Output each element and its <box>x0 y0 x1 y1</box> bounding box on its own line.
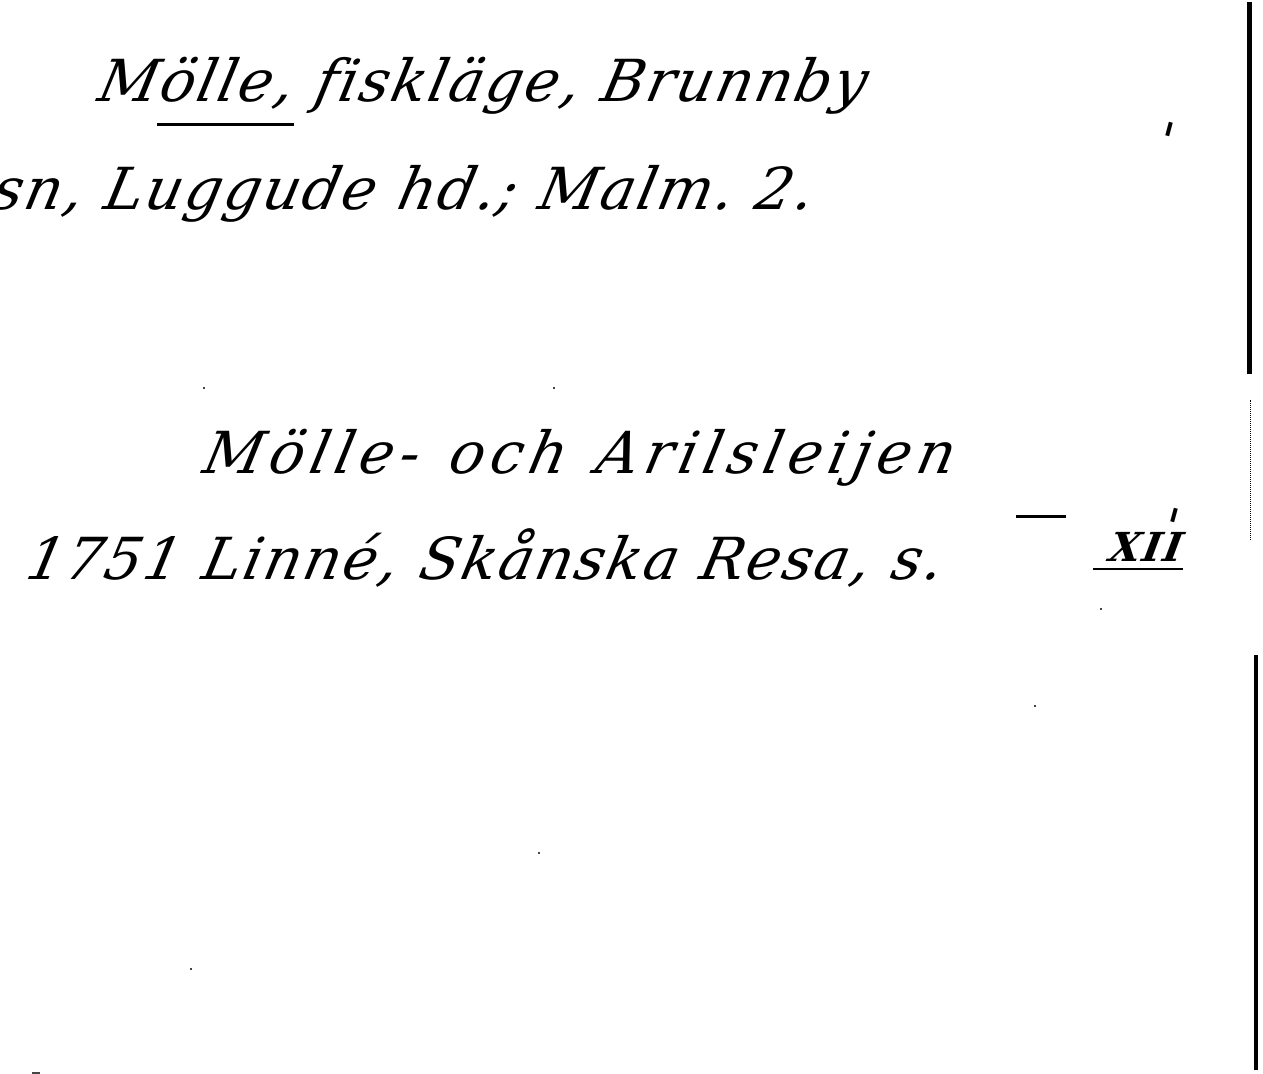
ink-mark <box>1165 122 1172 137</box>
place-name: Mölle <box>93 47 283 115</box>
entry-heading-line: Mölle, fiskläge, Brunnby <box>94 52 876 110</box>
place-description: , fiskläge, Brunnby <box>269 47 877 115</box>
scan-speck <box>203 387 205 389</box>
card-edge-shadow <box>1254 655 1258 1070</box>
page-number: XII <box>1106 524 1189 571</box>
page-number-underline <box>1093 568 1183 570</box>
page-number-overline <box>1016 515 1066 518</box>
index-card: Mölle, fiskläge, Brunnby sn, Luggude hd.… <box>0 0 1263 1074</box>
source-reference-line: 1751 Linné, Skånska Resa, s. <box>22 530 952 588</box>
ink-mark <box>1170 508 1177 523</box>
source-title-line: Mölle- och Arilsleijen <box>199 424 968 482</box>
scan-speck <box>553 387 555 389</box>
card-edge-dotted <box>1250 400 1252 540</box>
parish-district-line: sn, Luggude hd.; Malm. 2. <box>0 160 822 218</box>
card-edge-shadow <box>1247 2 1252 374</box>
scan-speck <box>538 852 540 854</box>
scan-speck <box>1034 705 1036 707</box>
scan-speck <box>1100 608 1102 610</box>
scan-speck <box>190 968 192 970</box>
place-name-underline <box>157 123 294 126</box>
